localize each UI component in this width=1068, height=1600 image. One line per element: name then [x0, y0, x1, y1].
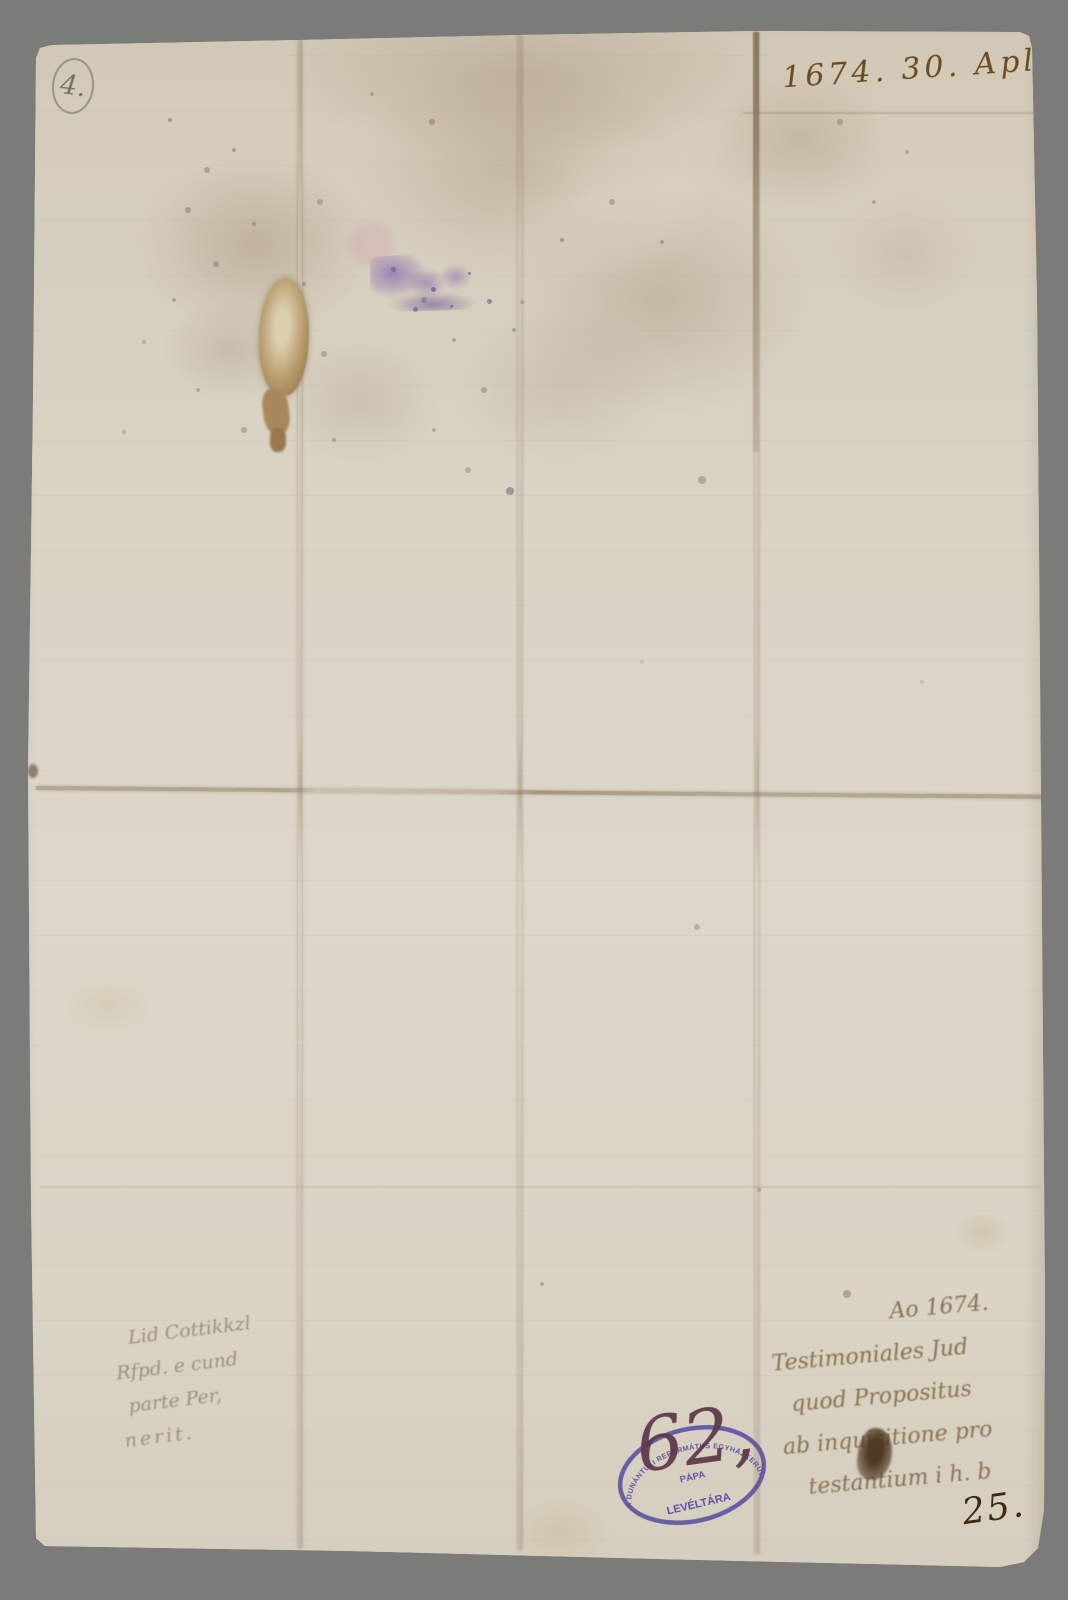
pink-ink-trace: [350, 222, 394, 266]
purple-ink-smudge: [370, 248, 496, 312]
fold-line-vertical-3-dark-top: [753, 32, 759, 452]
fold-line-vertical-3: [755, 32, 759, 1554]
seal-remnant-tail-end: [270, 428, 286, 452]
purple-ink-dots: [0, 0, 3, 3]
fold-line-horizontal-faint: [40, 1186, 1040, 1188]
seal-wax-remnant: [255, 276, 313, 397]
circled-page-number: 4.: [49, 56, 97, 116]
right-archival-note: Ao 1674. Testimoniales Jud quod Proposit…: [766, 1283, 1005, 1511]
fold-line-vertical-2: [518, 36, 522, 1550]
date-annotation-text: 1674. 30. Apl: [781, 43, 1038, 96]
left-archival-note: Lid Cottikkzl Rfpd. e cund parte Per, ne…: [110, 1306, 265, 1458]
scanned-document-canvas: 4. 1674. 30. Apl Lid Cottikkzl Rfpd. e c…: [0, 0, 1068, 1600]
date-annotation: 1674. 30. Apl: [781, 43, 1038, 96]
fold-line-vertical-1: [298, 40, 302, 1548]
archive-number-text: 62,: [631, 1388, 760, 1490]
document-paper-verso: 4. 1674. 30. Apl Lid Cottikkzl Rfpd. e c…: [0, 0, 1068, 1600]
circled-page-number-text: 4.: [59, 69, 88, 103]
right-note-year: Ao 1674.: [888, 1283, 990, 1333]
mold-specks: [0, 0, 4, 4]
fold-line-horizontal-main: [36, 786, 1042, 799]
fold-line-horizontal-top: [742, 112, 1038, 114]
fold-edge-notch: [28, 764, 38, 778]
folio-number-text: 25.: [959, 1484, 1027, 1533]
archive-number: 62,: [631, 1388, 760, 1490]
folio-number: 25.: [959, 1484, 1027, 1533]
seal-remnant-tail: [260, 386, 292, 435]
